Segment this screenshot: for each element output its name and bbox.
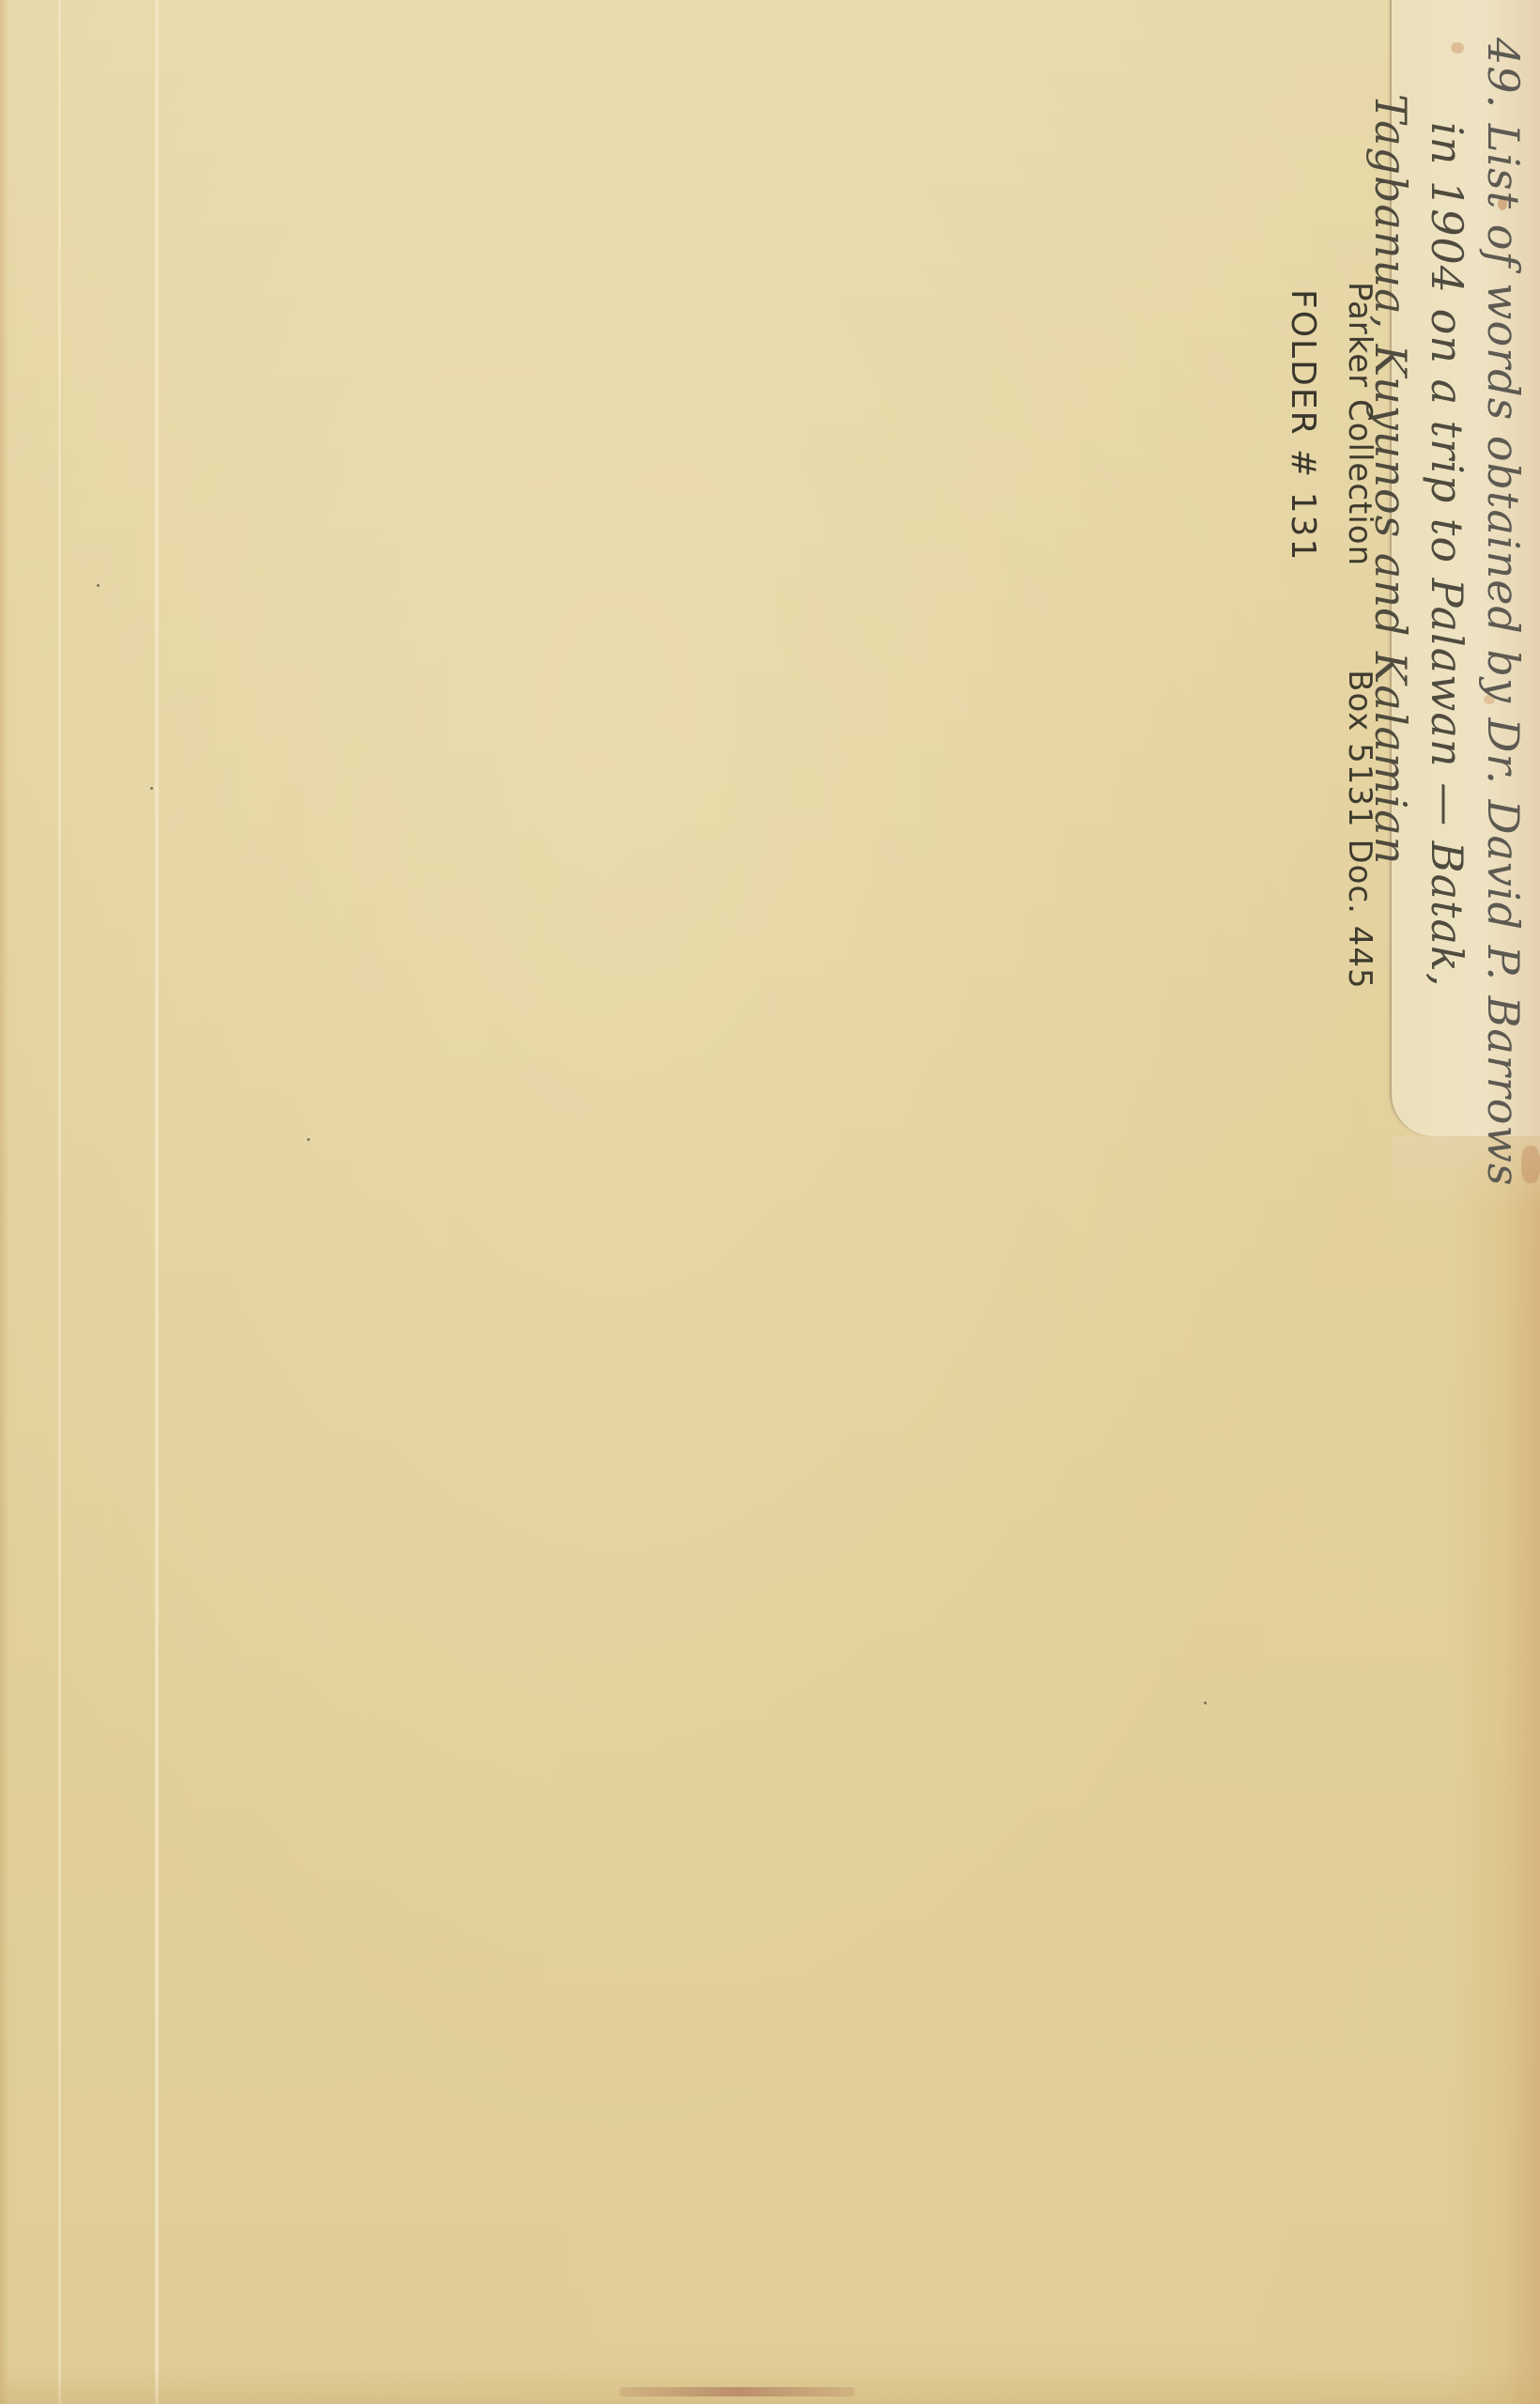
collection-name: Parker Collection — [1341, 282, 1378, 566]
folder-crease-line — [155, 0, 159, 2404]
tab-label-line-1: 49. List of words obtained by Dr. David … — [1478, 38, 1529, 1186]
tab-label-line-2: in 1904 on a trip to Palawan — Batak, — [1422, 122, 1472, 987]
paper-speck — [307, 1138, 310, 1141]
paper-speck — [1204, 1702, 1207, 1704]
collection-line: Parker CollectionBox 5131 Doc. 445 — [1341, 282, 1378, 990]
folder-bottom-edge — [0, 2366, 1540, 2404]
collection-reference: Box 5131 Doc. 445 — [1341, 670, 1378, 990]
bottom-stain-mark — [620, 2387, 855, 2396]
paper-speck — [97, 584, 100, 587]
paper-speck — [150, 787, 153, 790]
folder-left-edge — [0, 0, 9, 2404]
stain-mark — [1451, 42, 1464, 54]
folder-number-label: FOLDER # 131 — [1284, 289, 1322, 562]
folder-crease-line — [58, 0, 61, 2404]
